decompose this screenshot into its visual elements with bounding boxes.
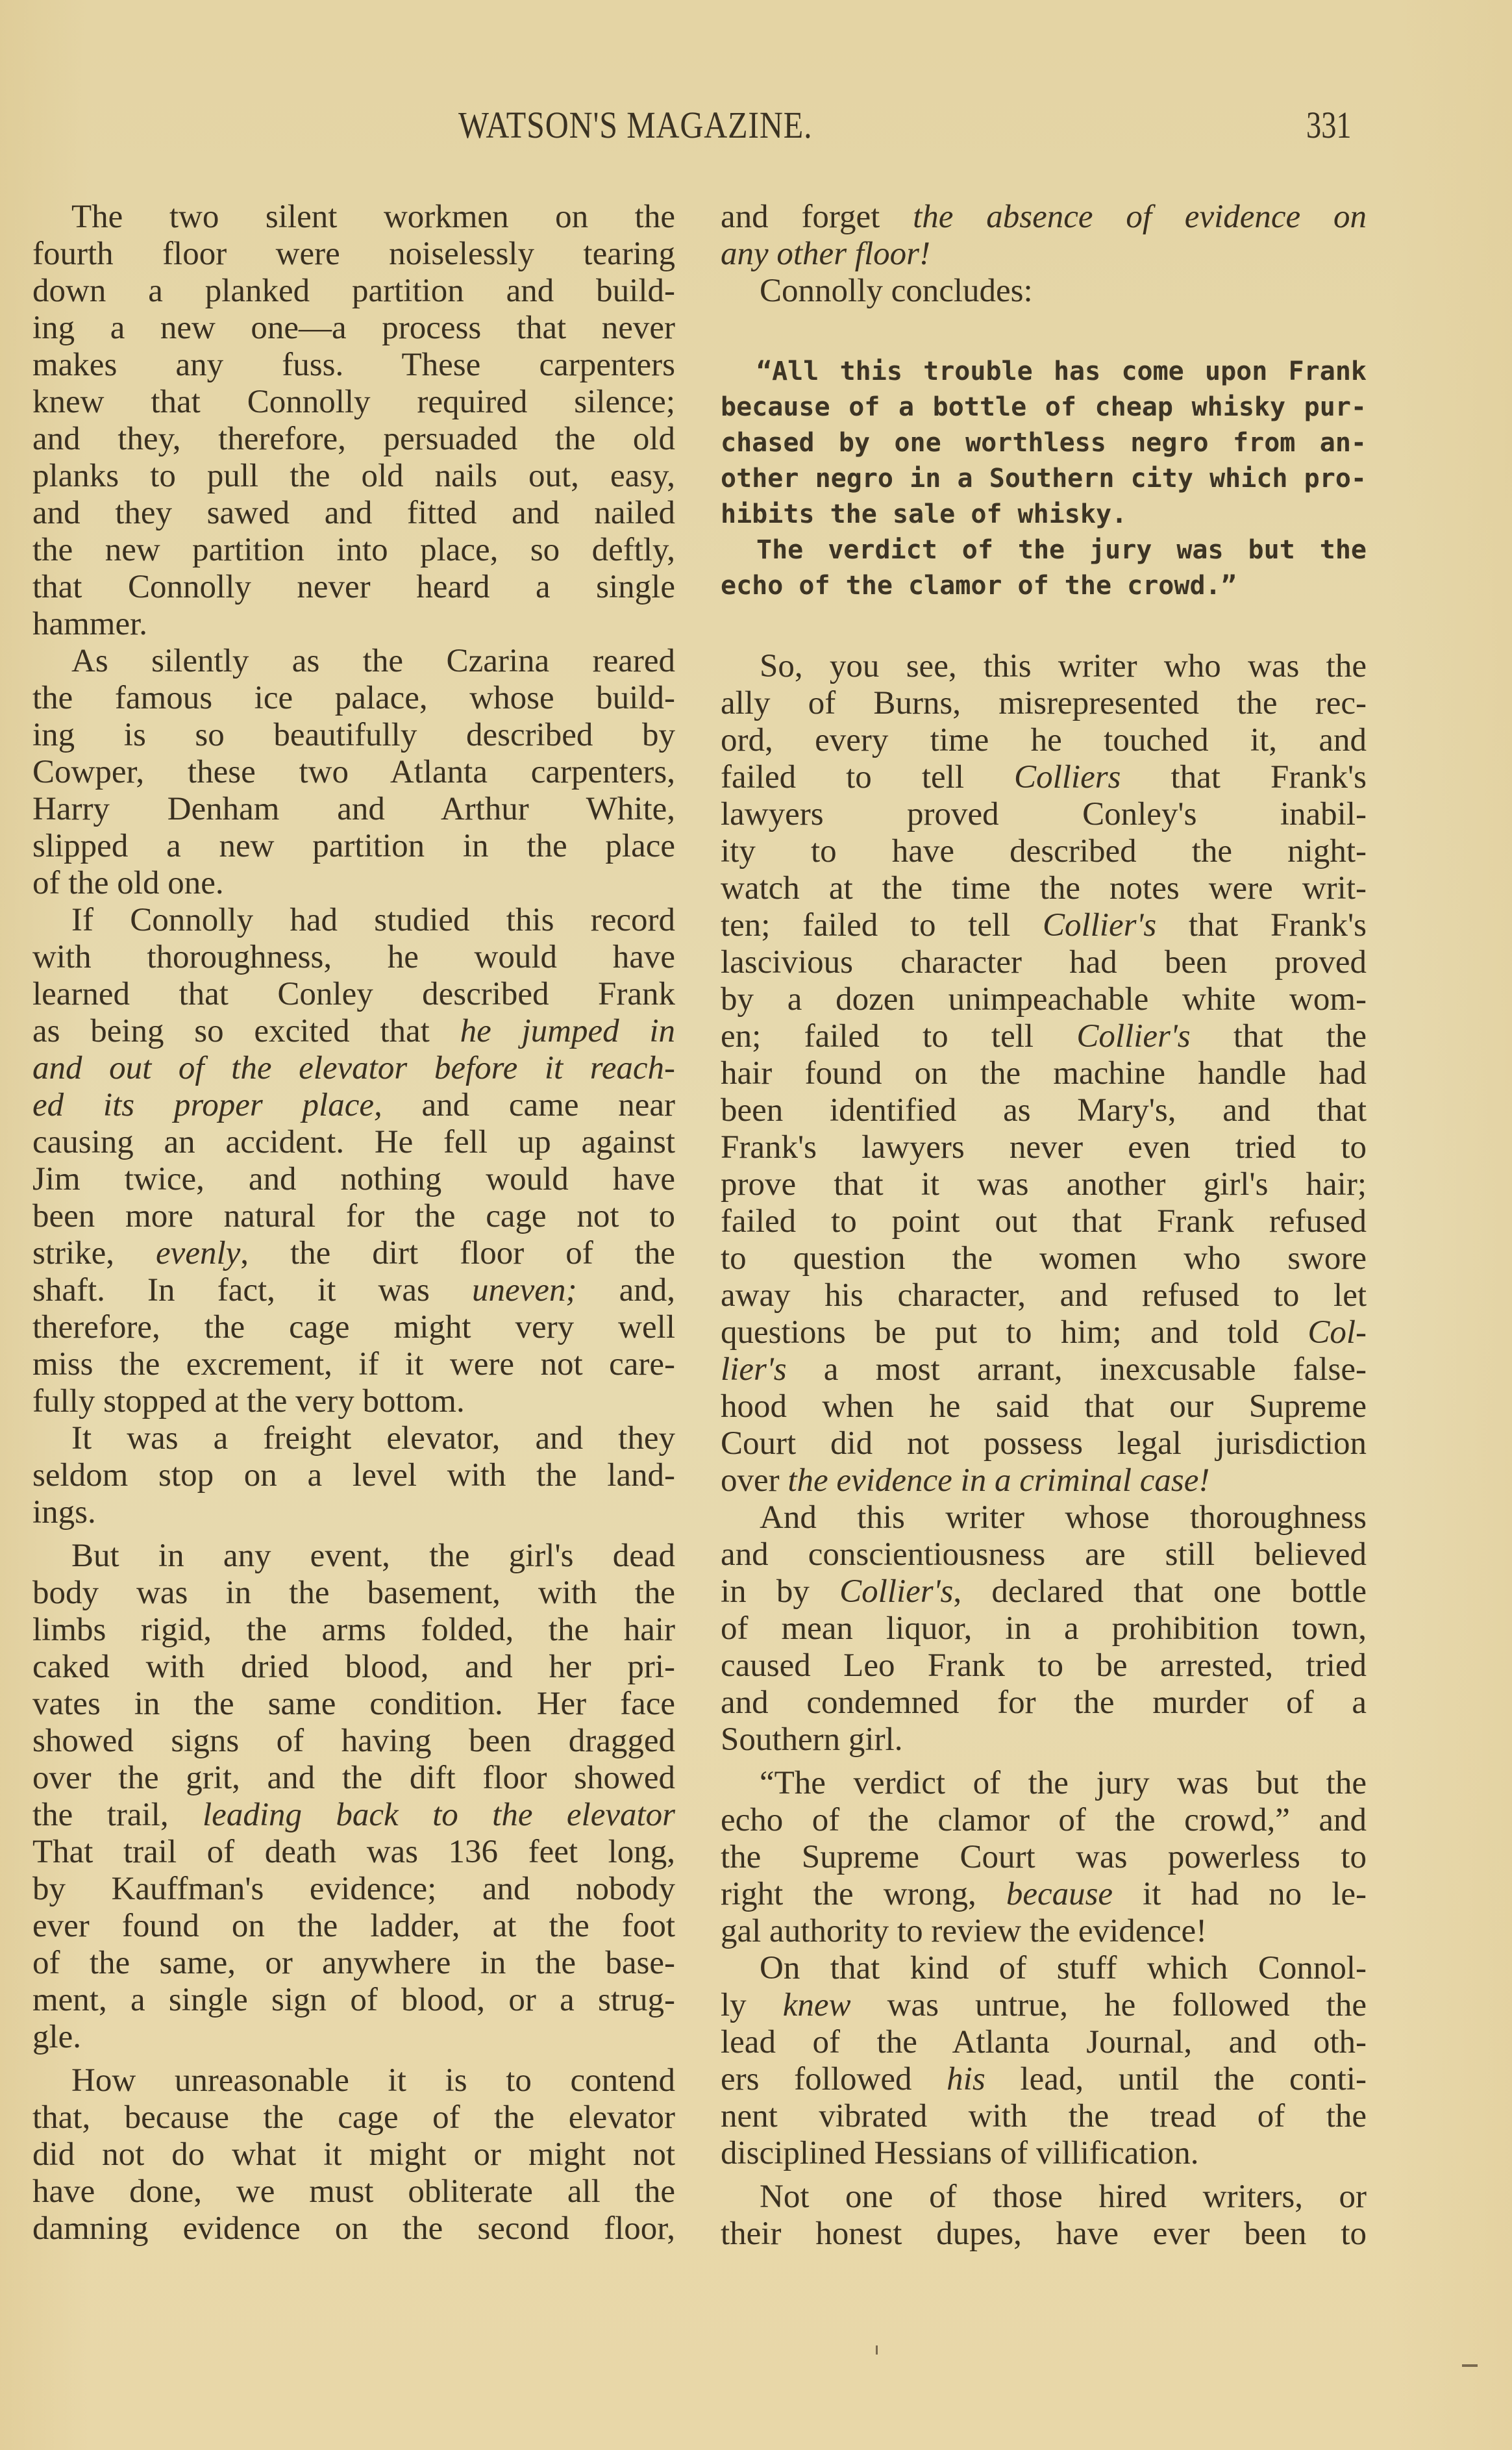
italic-run: his	[947, 2061, 985, 2097]
quote-line: echo of the clamor of the crowd.”	[721, 568, 1367, 604]
italic-run: knew	[783, 1987, 851, 2023]
text-line: over the grit, and the dift floor showed	[32, 1760, 675, 1797]
text-line: Not one of those hired writers, or	[721, 2179, 1367, 2216]
text-line: been identified as Mary's, and that	[721, 1092, 1367, 1129]
text-line: did not do what it might or might not	[32, 2136, 675, 2173]
running-head: WATSON'S MAGAZINE. 331	[0, 103, 1512, 148]
text-line: learned that Conley described Frank	[32, 976, 675, 1013]
text-run: over	[721, 1462, 787, 1499]
text-line: and they, therefore, persuaded the old	[32, 421, 675, 458]
text-line: That trail of death was 136 feet long,	[32, 1834, 675, 1871]
text-line: in by Collier's, declared that one bottl…	[721, 1573, 1367, 1610]
text-line: of the same, or anywhere in the base-	[32, 1945, 675, 1982]
italic-run: ed its proper place,	[32, 1087, 382, 1123]
text-line: of mean liquor, in a prohibition town,	[721, 1610, 1367, 1647]
paragraph-gap	[721, 310, 1367, 354]
italic-run: because	[1006, 1876, 1113, 1912]
text-line: Southern girl.	[721, 1721, 1367, 1758]
italic-run: evenly	[156, 1235, 240, 1271]
text-line: ing is so beautifully described by	[32, 717, 675, 754]
text-line: makes any fuss. These carpenters	[32, 347, 675, 384]
text-run: the trail,	[32, 1797, 203, 1833]
italic-run: leading back to the elevator	[203, 1797, 675, 1833]
text-run: it had no le-	[1113, 1876, 1367, 1912]
text-line: been more natural for the cage not to	[32, 1198, 675, 1235]
text-line: The two silent workmen on the	[32, 199, 675, 236]
text-line: Cowper, these two Atlanta carpenters,	[32, 754, 675, 791]
quote-line: because of a bottle of cheap whisky pur-	[721, 390, 1367, 425]
quote-line: hibits the sale of whisky.	[721, 497, 1367, 532]
text-line: lawyers proved Conley's inabil-	[721, 796, 1367, 833]
text-line: the famous ice palace, whose build-	[32, 680, 675, 717]
magazine-title: WATSON'S MAGAZINE.	[458, 103, 878, 148]
text-line: Court did not possess legal jurisdiction	[721, 1425, 1367, 1462]
text-run: as being so excited that	[32, 1013, 460, 1049]
text-line: ity to have described the night-	[721, 833, 1367, 870]
text-run: ers followed	[721, 2061, 947, 2097]
text-line: ever found on the ladder, at the foot	[32, 1908, 675, 1945]
paragraph-gap	[721, 604, 1367, 648]
text-line: gal authority to review the evidence!	[721, 1913, 1367, 1950]
italic-run: the evidence in a criminal case!	[787, 1462, 1209, 1499]
quote-line: chased by one worthless negro from an-	[721, 425, 1367, 461]
text-line: watch at the time the notes were writ-	[721, 870, 1367, 907]
text-line: But in any event, the girl's dead	[32, 1538, 675, 1575]
text-line: hair found on the machine handle had	[721, 1055, 1367, 1092]
text-line: It was a freight elevator, and they	[32, 1420, 675, 1457]
text-line: So, you see, this writer who was the	[721, 648, 1367, 685]
text-line: body was in the basement, with the	[32, 1575, 675, 1612]
text-line: lier's a most arrant, inexcusable false-	[721, 1351, 1367, 1388]
text-line: by a dozen unimpeachable white wom-	[721, 981, 1367, 1018]
text-run: , declared that one bottle	[953, 1573, 1367, 1610]
text-run: and came near	[382, 1087, 675, 1123]
italic-run: Collier's	[839, 1573, 953, 1610]
text-run: that Frank's	[1156, 907, 1367, 944]
text-run: and,	[576, 1272, 675, 1308]
text-line: And this writer whose thoroughness	[721, 1499, 1367, 1536]
text-line: ed its proper place, and came near	[32, 1087, 675, 1124]
text-line: vates in the same condition. Her face	[32, 1686, 675, 1723]
text-line: damning evidence on the second floor,	[32, 2210, 675, 2247]
text-run: and forget	[721, 199, 913, 235]
text-line: of the old one.	[32, 865, 675, 902]
text-run: strike,	[32, 1235, 156, 1271]
text-line: Connolly concludes:	[721, 273, 1367, 310]
text-line: and out of the elevator before it reach-	[32, 1050, 675, 1087]
italic-run: Col-	[1308, 1314, 1367, 1351]
italic-run: lier's	[721, 1351, 787, 1388]
text-line: causing an accident. He fell up against	[32, 1124, 675, 1161]
text-line: en; failed to tell Collier's that the	[721, 1018, 1367, 1055]
text-run: lead, until the conti-	[985, 2061, 1367, 2097]
text-line: questions be put to him; and told Col-	[721, 1314, 1367, 1351]
text-line: As silently as the Czarina reared	[32, 643, 675, 680]
text-line: strike, evenly, the dirt floor of the	[32, 1235, 675, 1272]
text-line: hood when he said that our Supreme	[721, 1388, 1367, 1425]
text-line: failed to point out that Frank refused	[721, 1203, 1367, 1240]
text-line: and conscientiousness are still believed	[721, 1536, 1367, 1573]
text-line: ten; failed to tell Collier's that Frank…	[721, 907, 1367, 944]
italic-run: the absence of evidence on	[913, 199, 1367, 235]
text-run: that the	[1191, 1018, 1367, 1055]
text-line: ally of Burns, misrepresented the rec-	[721, 685, 1367, 722]
block-quote: “All this trouble has come upon Frank be…	[721, 354, 1367, 604]
paragraph-gap	[32, 2056, 675, 2062]
text-line: caked with dried blood, and her pri-	[32, 1649, 675, 1686]
quote-line: The verdict of the jury was but the	[721, 532, 1367, 568]
text-line: If Connolly had studied this record	[32, 902, 675, 939]
paragraph-gap	[721, 2172, 1367, 2179]
text-run: in by	[721, 1573, 839, 1610]
text-line: How unreasonable it is to contend	[32, 2062, 675, 2099]
text-line: ings.	[32, 1494, 675, 1531]
text-line: as being so excited that he jumped in	[32, 1013, 675, 1050]
text-line: their honest dupes, have ever been to	[721, 2216, 1367, 2253]
text-run: was untrue, he followed the	[851, 1987, 1367, 2023]
text-line: “The verdict of the jury was but the	[721, 1765, 1367, 1802]
italic-run: Colliers	[1014, 759, 1121, 795]
italic-run: he jumped in	[460, 1013, 675, 1049]
text-line: knew that Connolly required silence;	[32, 384, 675, 421]
text-line: the Supreme Court was powerless to	[721, 1839, 1367, 1876]
text-line: the new partition into place, so deftly,	[32, 532, 675, 569]
text-line: planks to pull the old nails out, easy,	[32, 458, 675, 495]
text-line: to question the women who swore	[721, 1240, 1367, 1277]
text-line: fourth floor were noiselessly tearing	[32, 236, 675, 273]
text-line: any other floor!	[721, 236, 1367, 273]
text-line: and forget the absence of evidence on	[721, 199, 1367, 236]
text-line: that Connolly never heard a single	[32, 569, 675, 606]
text-line: that, because the cage of the elevator	[32, 2099, 675, 2136]
text-line: lead of the Atlanta Journal, and oth-	[721, 2024, 1367, 2061]
margin-mark	[876, 2345, 878, 2355]
text-line: Harry Denham and Arthur White,	[32, 791, 675, 828]
text-line: On that kind of stuff which Connol-	[721, 1950, 1367, 1987]
text-run: ly	[721, 1987, 783, 2023]
text-run: shaft. In fact, it was	[32, 1272, 472, 1308]
text-line: Frank's lawyers never even tried to	[721, 1129, 1367, 1166]
page-number: 331	[1306, 103, 1352, 148]
text-run: a most arrant, inexcusable false-	[787, 1351, 1367, 1388]
text-line: over the evidence in a criminal case!	[721, 1462, 1367, 1499]
text-line: the trail, leading back to the elevator	[32, 1797, 675, 1834]
text-line: echo of the clamor of the crowd,” and	[721, 1802, 1367, 1839]
text-line: hammer.	[32, 606, 675, 643]
paragraph-gap	[721, 1758, 1367, 1765]
text-run: failed to tell	[721, 759, 1014, 795]
text-run: en; failed to tell	[721, 1018, 1076, 1055]
text-line: seldom stop on a level with the land-	[32, 1457, 675, 1494]
italic-run: Collier's	[1043, 907, 1156, 944]
text-line: by Kauffman's evidence; and nobody	[32, 1871, 675, 1908]
text-line: and they sawed and fitted and nailed	[32, 495, 675, 532]
paragraph-gap	[32, 1531, 675, 1538]
margin-mark	[1462, 2364, 1478, 2367]
text-line: nent vibrated with the tread of the	[721, 2098, 1367, 2135]
italic-run: Collier's	[1076, 1018, 1190, 1055]
text-line: with thoroughness, he would have	[32, 939, 675, 976]
text-line: ment, a single sign of blood, or a strug…	[32, 1982, 675, 2019]
quote-line: “All this trouble has come upon Frank	[721, 354, 1367, 390]
text-line: shaft. In fact, it was uneven; and,	[32, 1272, 675, 1309]
right-column: and forget the absence of evidence on an…	[721, 199, 1367, 2253]
text-run: , the dirt floor of the	[240, 1235, 675, 1271]
italic-run: uneven;	[472, 1272, 576, 1308]
text-line: fully stopped at the very bottom.	[32, 1383, 675, 1420]
text-line: ly knew was untrue, he followed the	[721, 1987, 1367, 2024]
text-line: disciplined Hessians of villification.	[721, 2135, 1367, 2172]
text-run: right the wrong,	[721, 1876, 1006, 1912]
text-line: slipped a new partition in the place	[32, 828, 675, 865]
text-run: ten; failed to tell	[721, 907, 1043, 944]
text-line: therefore, the cage might very well	[32, 1309, 675, 1346]
text-run: questions be put to him; and told	[721, 1314, 1308, 1351]
left-column: The two silent workmen on the fourth flo…	[32, 199, 675, 2247]
text-line: ers followed his lead, until the conti-	[721, 2061, 1367, 2098]
text-line: limbs rigid, the arms folded, the hair	[32, 1612, 675, 1649]
text-line: prove that it was another girl's hair;	[721, 1166, 1367, 1203]
text-line: have done, we must obliterate all the	[32, 2173, 675, 2210]
text-line: failed to tell Colliers that Frank's	[721, 759, 1367, 796]
text-line: ing a new one—a process that never	[32, 310, 675, 347]
text-run: that Frank's	[1121, 759, 1367, 795]
text-line: right the wrong, because it had no le-	[721, 1876, 1367, 1913]
text-line: gle.	[32, 2019, 675, 2056]
text-line: Jim twice, and nothing would have	[32, 1161, 675, 1198]
text-line: lascivious character had been proved	[721, 944, 1367, 981]
quote-line: other negro in a Southern city which pro…	[721, 461, 1367, 497]
text-line: miss the excrement, if it were not care-	[32, 1346, 675, 1383]
text-line: down a planked partition and build-	[32, 273, 675, 310]
text-line: showed signs of having been dragged	[32, 1723, 675, 1760]
text-line: and condemned for the murder of a	[721, 1684, 1367, 1721]
text-line: caused Leo Frank to be arrested, tried	[721, 1647, 1367, 1684]
text-line: away his character, and refused to let	[721, 1277, 1367, 1314]
text-line: ord, every time he touched it, and	[721, 722, 1367, 759]
